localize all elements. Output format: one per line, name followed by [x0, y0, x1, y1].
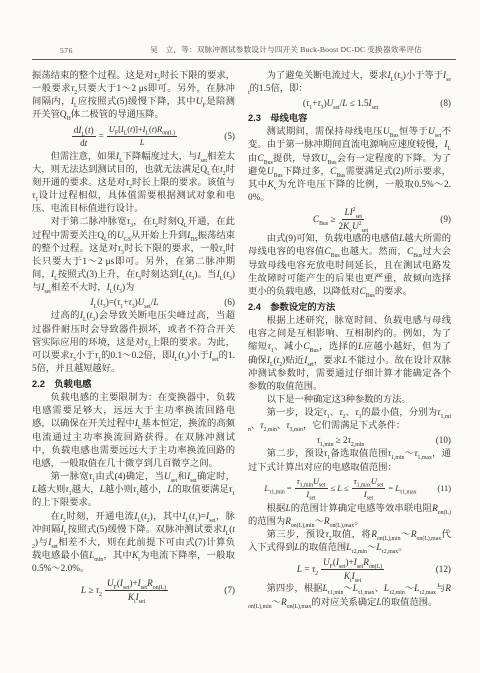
equation-expression: (τ1+τ3)Uset/L ≤ 1.5Iset [303, 98, 378, 109]
fraction-denominator: Iset [306, 489, 315, 501]
fraction-numerator: τ1,minUset [295, 477, 328, 490]
equation-body: IL(t3)=(τ1+τ3)Uset/L [32, 297, 217, 308]
paragraph: 对于第二脉冲脉宽τ3，在t2时刻QL开通，在此过程中需要关注QL的UGS从开始上… [32, 216, 235, 295]
equation-number: (9) [433, 214, 451, 225]
equation-11: Lτ1,min = τ1,minUset Iset ≤ L ≤ τ1,maxUs… [248, 477, 451, 501]
paper-page: 576 吴 立，等：双脉冲测试参数设计与四开关 Buck-Boost DC-DC… [0, 0, 480, 610]
equation-lhs: L ≥ τ2 [81, 585, 102, 596]
equation-number: (12) [433, 564, 451, 575]
equation-body: τ1,min ≥ 2τ2,min [248, 435, 433, 446]
equation-number: (7) [217, 585, 235, 596]
equation-number: (10) [433, 435, 451, 446]
equals-sign: = [99, 131, 104, 142]
equation-expression: τ1,min ≥ 2τ2,min [317, 435, 365, 446]
equation-body: dIL(t) dt = UF[IL(t)]+IL(t)Ron(L) L [32, 125, 217, 149]
fraction-denominator: KiIset [128, 591, 145, 603]
running-title: 吴 立，等：双脉冲测试参数设计与四开关 Buck-Boost DC-DC 变换器… [120, 44, 452, 55]
equation-rhs: = Lτ1,max [388, 483, 416, 494]
fraction-numerator: UF(Iset)+IsetRon(L) [105, 578, 168, 591]
equation-lhs: CBus ≥ [313, 214, 336, 225]
paragraph: 为了避免关断电流过大，要求IL(t3)小于等于Iset的1.5倍，即： [248, 70, 451, 96]
equation-body: CBus ≥ LI2set 2KvU2set [248, 207, 433, 231]
fraction-numerator: UF(Iset)+IsetRon(L) [321, 557, 384, 570]
fraction: LI2set 2KvU2set [338, 207, 368, 231]
fraction-numerator: LI2set [342, 207, 364, 220]
equation-number: (6) [217, 297, 235, 308]
equation-lhs: L = τ2 [297, 564, 318, 575]
equation-6: IL(t3)=(τ1+τ3)Uset/L (6) [32, 297, 235, 308]
equation-body: Lτ1,min = τ1,minUset Iset ≤ L ≤ τ1,maxUs… [248, 477, 433, 501]
equation-expression: IL(t3)=(τ1+τ3)Uset/L [91, 297, 159, 308]
equation-body: L = τ2 UF(Iset)+IsetRon(L) KiIset [248, 557, 433, 581]
equation-body: L ≥ τ2 UF(Iset)+IsetRon(L) KiIset [32, 578, 217, 602]
fraction: τ1,minUset Iset [295, 477, 328, 501]
paragraph: 但需注意，如果IL下降幅度过大，与Iset相差太大，则无法达到测试目的，也就无法… [32, 151, 235, 217]
fraction: UF[IL(t)]+IL(t)Ron(L) L [107, 125, 177, 149]
paragraph: 过高的IL(t3)会导致关断电压尖峰过高，当超过器件耐压时会导致器件损坏，或者不… [32, 310, 235, 376]
equation-7: L ≥ τ2 UF(Iset)+IsetRon(L) KiIset (7) [32, 578, 235, 602]
paragraph: 振荡结束的整个过程。这是对τ2时长下限的要求，一般要求τ2只要大于1～2 μs即… [32, 70, 235, 123]
equation-number: (11) [433, 483, 451, 494]
two-column-body: 振荡结束的整个过程。这是对τ2时长下限的要求，一般要求τ2只要大于1～2 μs即… [32, 70, 456, 610]
paragraph: 根据L的范围计算确定电感等效串联电阻Ron(L)的范围为Ron(L),min～R… [248, 503, 451, 529]
paragraph: 由式(9)可知，负载电感的电感值L越大所需的母线电容的电容值CBus也越大。然而… [248, 233, 451, 299]
equation-10: τ1,min ≥ 2τ2,min (10) [248, 435, 451, 446]
fraction-denominator: dt [80, 137, 87, 149]
fraction-denominator: 2KvU2set [338, 220, 368, 232]
fraction-numerator: dIL(t) [72, 125, 96, 138]
paragraph: 第一脉宽τ1由式(4)确定，当Uset和Iset确定时，L越大则τ1越大，L越小… [32, 471, 235, 510]
paragraph: 第三步，预设τ2取值，将Ron(L),min～Ron(L),max代入下式得到L… [248, 529, 451, 555]
left-column: 振荡结束的整个过程。这是对τ2时长下限的要求，一般要求τ2只要大于1～2 μs即… [32, 70, 235, 610]
equation-8: (τ1+τ3)Uset/L ≤ 1.5Iset (8) [248, 98, 451, 109]
equation-number: (8) [433, 98, 451, 109]
paragraph: 第二步，预设τ1备选取值范围τ1,min～τ1,max，通过下式计算出对应的电感… [248, 448, 451, 474]
paragraph: 以下是一种确定这3种参数的方法。 [248, 394, 451, 407]
fraction-denominator: KiIset [344, 570, 361, 582]
equation-middle: ≤ L ≤ [331, 483, 349, 494]
paragraph: 负载电感的主要限制为：在变换器中，负载电感需要足够大，远远大于主功率换流回路电感… [32, 392, 235, 471]
equation-number: (5) [217, 131, 235, 142]
fraction-numerator: UF[IL(t)]+IL(t)Ron(L) [107, 125, 177, 138]
right-column: 为了避免关断电流过大，要求IL(t3)小于等于Iset的1.5倍，即： (τ1+… [248, 70, 451, 610]
fraction: UF(Iset)+IsetRon(L) KiIset [321, 557, 384, 581]
section-heading-2-4: 2.4 参数设定的方法 [248, 300, 451, 314]
equation-9: CBus ≥ LI2set 2KvU2set (9) [248, 207, 451, 231]
fraction-denominator: L [140, 137, 145, 149]
paragraph: 根据上述研究，脉宽时间、负载电感与母线电容之间是互相影响、互相制约的。例如，为了… [248, 315, 451, 394]
paragraph: 测试期间，需保持母线电压UBus恒等于Uset不变。由于第一脉冲期间直流电源响应… [248, 126, 451, 205]
paragraph: 在t2时刻，开通电流IL(t2)，其中IL(t1)=Iset，脉冲间隔IL按照式… [32, 511, 235, 577]
equation-5: dIL(t) dt = UF[IL(t)]+IL(t)Ron(L) L (5) [32, 125, 235, 149]
page-number: 576 [60, 46, 120, 55]
section-heading-2-2: 2.2 负载电感 [32, 377, 235, 391]
fraction-numerator: τ1,maxUset [352, 477, 386, 490]
equation-12: L = τ2 UF(Iset)+IsetRon(L) KiIset (12) [248, 557, 451, 581]
equation-lhs: Lτ1,min = [264, 483, 291, 494]
fraction: dIL(t) dt [72, 125, 96, 149]
fraction: τ1,maxUset Iset [352, 477, 386, 501]
paragraph: 第四步，根据Lτ1,min～Lτ1,max、Lτ2,min～Lτ2,max与Ro… [248, 583, 451, 609]
fraction: UF(Iset)+IsetRon(L) KiIset [105, 578, 168, 602]
equation-body: (τ1+τ3)Uset/L ≤ 1.5Iset [248, 98, 433, 109]
section-heading-2-3: 2.3 母线电容 [248, 111, 451, 125]
paragraph: 第一步，设定τ1、τ2、τ3的最小值，分别为τ1,min、τ2,min、τ3,m… [248, 407, 451, 433]
page-header: 576 吴 立，等：双脉冲测试参数设计与四开关 Buck-Boost DC-DC… [32, 44, 456, 60]
fraction-denominator: Iset [364, 489, 373, 501]
